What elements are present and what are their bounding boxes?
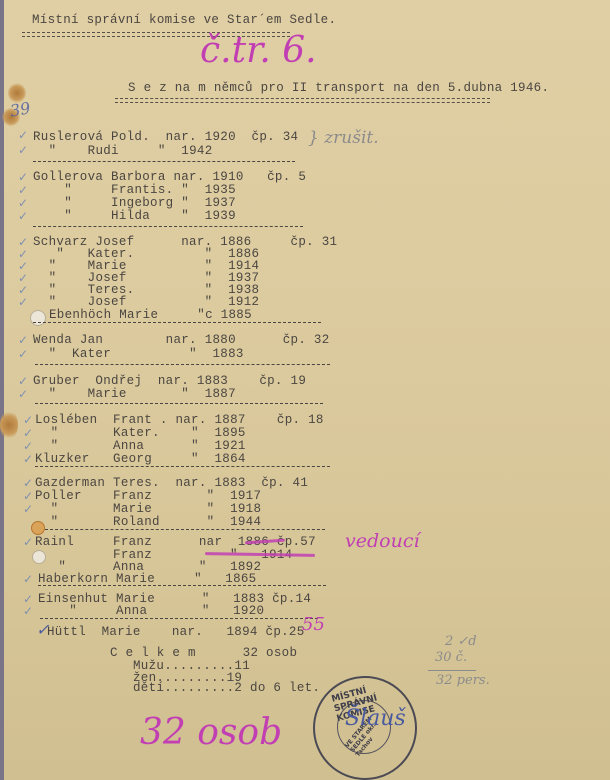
- check-mark-icon: ✓: [18, 196, 28, 210]
- signature: Šlauš: [345, 706, 406, 731]
- list-entry: " Josef " 1912: [33, 295, 259, 309]
- check-mark-icon: ✓: [18, 387, 28, 401]
- official-stamp: MÍSTNÍ SPRÁVNÍ KOMISE VE STARÉM SEDLE ok…: [313, 676, 417, 780]
- list-entry: Haberkorn Marie " 1865: [38, 572, 257, 586]
- divider: [35, 403, 323, 404]
- check-mark-icon: ✓: [18, 170, 28, 184]
- handwritten-transport-ref: č.tr. 6.: [200, 30, 317, 71]
- check-mark-icon: ✓: [18, 295, 28, 309]
- totals-children: dětí.........2 do 6 let.: [133, 681, 320, 695]
- list-entry: Kluzker Georg " 1864: [35, 452, 246, 466]
- list-entry: Gollerova Barbora nar. 1910 čp. 5: [33, 170, 306, 184]
- check-mark-icon: ✓: [18, 209, 28, 223]
- check-mark-icon: ✓: [18, 333, 28, 347]
- list-entry: " Anna " 1921: [35, 439, 246, 453]
- punch-hole: [30, 310, 46, 326]
- divider: [33, 322, 321, 323]
- handwritten-correction: 55: [302, 614, 325, 635]
- divider: [33, 161, 295, 162]
- list-entry: Gazderman Teres. nar. 1883 čp. 41: [35, 476, 308, 490]
- check-mark-icon: ✓: [23, 535, 33, 549]
- check-mark-icon: ✓: [23, 572, 33, 586]
- check-mark-icon: ✓: [18, 143, 28, 157]
- pencil-calc-result: 32 pers.: [436, 673, 490, 688]
- organization-header: Místní správní komise ve Star´em Sedle.: [32, 13, 336, 27]
- list-entry: " Kater " 1883: [33, 347, 244, 361]
- list-entry: Wenda Jan nar. 1880 čp. 32: [33, 333, 330, 347]
- list-entry: Ruslerová Pold. nar. 1920 čp. 34: [33, 130, 298, 144]
- check-mark-icon: ✓: [23, 426, 33, 440]
- list-entry: " Kater. " 1895: [35, 426, 246, 440]
- pencil-calc-line2: 30 č.: [435, 650, 467, 665]
- document-title: S e z na m němců pro II transport na den…: [128, 81, 549, 95]
- handwritten-total: 32 osob: [140, 712, 282, 753]
- check-mark-icon: ✓: [23, 452, 33, 466]
- handwritten-annotation: vedoucí: [345, 530, 420, 552]
- pencil-annotation: } zrušit.: [308, 128, 379, 148]
- check-mark-icon: ✓: [23, 439, 33, 453]
- list-entry: Poller Franz " 1917: [35, 489, 261, 503]
- stain: [0, 410, 18, 440]
- list-entry: " Marie " 1918: [35, 502, 261, 516]
- check-mark-icon: ✓: [23, 413, 33, 427]
- list-entry: " Anna " 1920: [38, 604, 264, 618]
- double-rule: [115, 98, 490, 103]
- list-entry: Hüttl Marie nar. 1894 čp.25: [47, 625, 305, 639]
- pencil-sum-line: [428, 670, 476, 671]
- divider: [33, 226, 303, 227]
- totals-label: C e l k e m 32 osob: [110, 646, 297, 660]
- list-entry: " Rudi " 1942: [33, 144, 213, 158]
- check-mark-icon: ✓: [23, 476, 33, 490]
- divider: [40, 618, 318, 619]
- check-mark-icon: ✓: [23, 489, 33, 503]
- list-entry: " Ingeborg " 1937: [33, 196, 236, 210]
- list-entry: " Marie " 1887: [33, 387, 236, 401]
- check-mark-icon: ✓: [23, 502, 33, 516]
- list-entry: Gruber Ondřej nar. 1883 čp. 19: [33, 374, 306, 388]
- check-mark-icon: ✓: [23, 604, 33, 618]
- list-entry: " Hilda " 1939: [33, 209, 236, 223]
- check-mark-icon: ✓: [18, 374, 28, 388]
- margin-note: 39: [9, 98, 32, 120]
- list-entry: " Frantis. " 1935: [33, 183, 236, 197]
- divider: [35, 364, 330, 365]
- check-mark-icon: ✓: [18, 128, 28, 142]
- divider: [35, 466, 330, 467]
- list-entry: " Roland " 1944: [35, 515, 261, 529]
- list-entry: Ebenhöch Marie "c 1885: [49, 308, 252, 322]
- list-entry: Loslében Frant . nar. 1887 čp. 18: [35, 413, 324, 427]
- divider: [38, 585, 326, 586]
- check-mark-icon: ✓: [18, 347, 28, 361]
- check-mark-icon: ✓: [18, 183, 28, 197]
- divider: [45, 529, 325, 530]
- pencil-calc-line1: 2 ✓d: [445, 634, 477, 649]
